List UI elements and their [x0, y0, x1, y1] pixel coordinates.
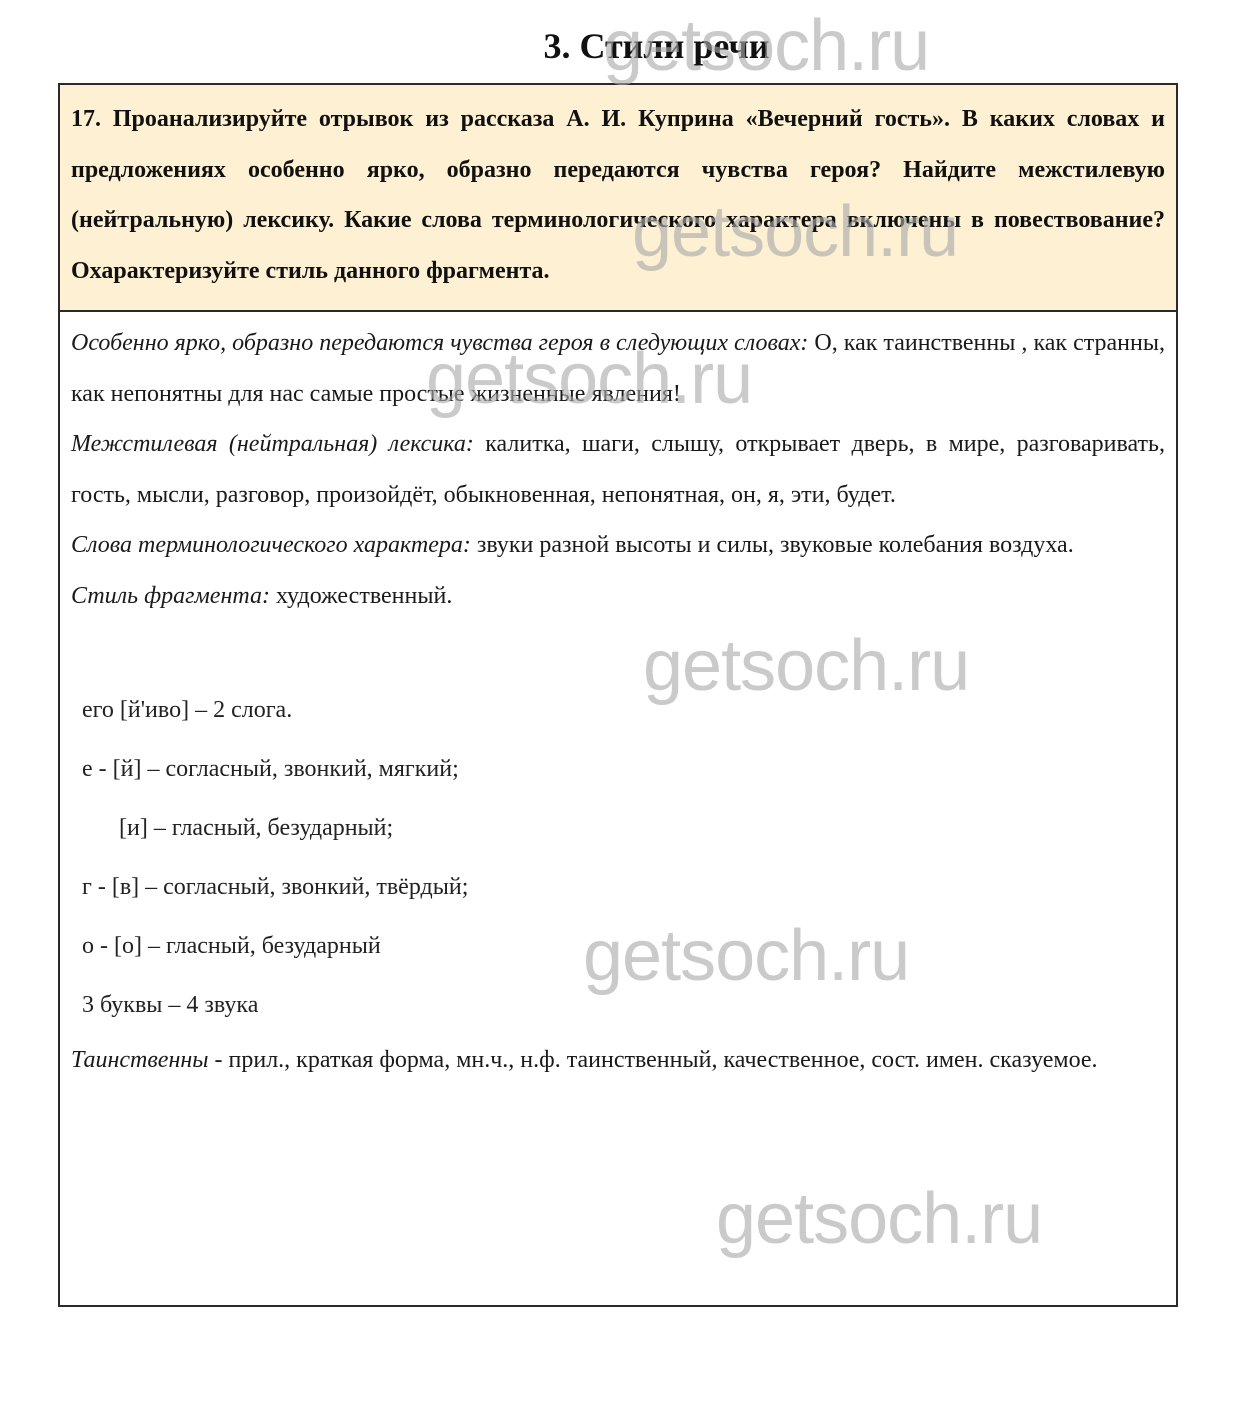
page-title: 3. Стили речи	[0, 28, 1241, 64]
exercise-table: 17. Проанализируйте отрывок из рассказа …	[58, 83, 1178, 1307]
neutral-paragraph: Межстилевая (нейтральная) лексика: калит…	[71, 419, 1165, 520]
style-label: Стиль фрагмента:	[71, 583, 270, 609]
style-value: художественный.	[270, 583, 452, 609]
terms-paragraph: Слова терминологического характера: звук…	[71, 520, 1165, 571]
answer-cell: Особенно ярко, образно передаются чувств…	[60, 312, 1176, 1305]
parse-label: Таинственны	[71, 1047, 209, 1073]
neutral-label: Межстилевая (нейтральная) лексика:	[71, 431, 474, 457]
phonetic-line: о - [о] – гласный, безударный	[82, 917, 1165, 976]
feelings-paragraph: Особенно ярко, образно передаются чувств…	[71, 318, 1165, 419]
morph-parse-paragraph: Таинственны - прил., краткая форма, мн.ч…	[71, 1035, 1165, 1086]
question-cell: 17. Проанализируйте отрывок из рассказа …	[60, 85, 1176, 312]
phonetic-analysis: его [й'иво] – 2 слога. е - [й] – согласн…	[82, 681, 1165, 1035]
style-paragraph: Стиль фрагмента: художественный.	[71, 571, 1165, 622]
phonetic-line: е - [й] – согласный, звонкий, мягкий;	[82, 740, 1165, 799]
phonetic-line: 3 буквы – 4 звука	[82, 976, 1165, 1035]
terms-label: Слова терминологического характера:	[71, 532, 471, 558]
terms-value: звуки разной высоты и силы, звуковые кол…	[471, 532, 1074, 558]
feelings-label: Особенно ярко, образно передаются чувств…	[71, 330, 808, 356]
phonetic-line: его [й'иво] – 2 слога.	[82, 681, 1165, 740]
phonetic-line: [и] – гласный, безударный;	[82, 799, 1165, 858]
phonetic-line: г - [в] – согласный, звонкий, твёрдый;	[82, 858, 1165, 917]
parse-value: - прил., краткая форма, мн.ч., н.ф. таин…	[209, 1047, 1098, 1073]
